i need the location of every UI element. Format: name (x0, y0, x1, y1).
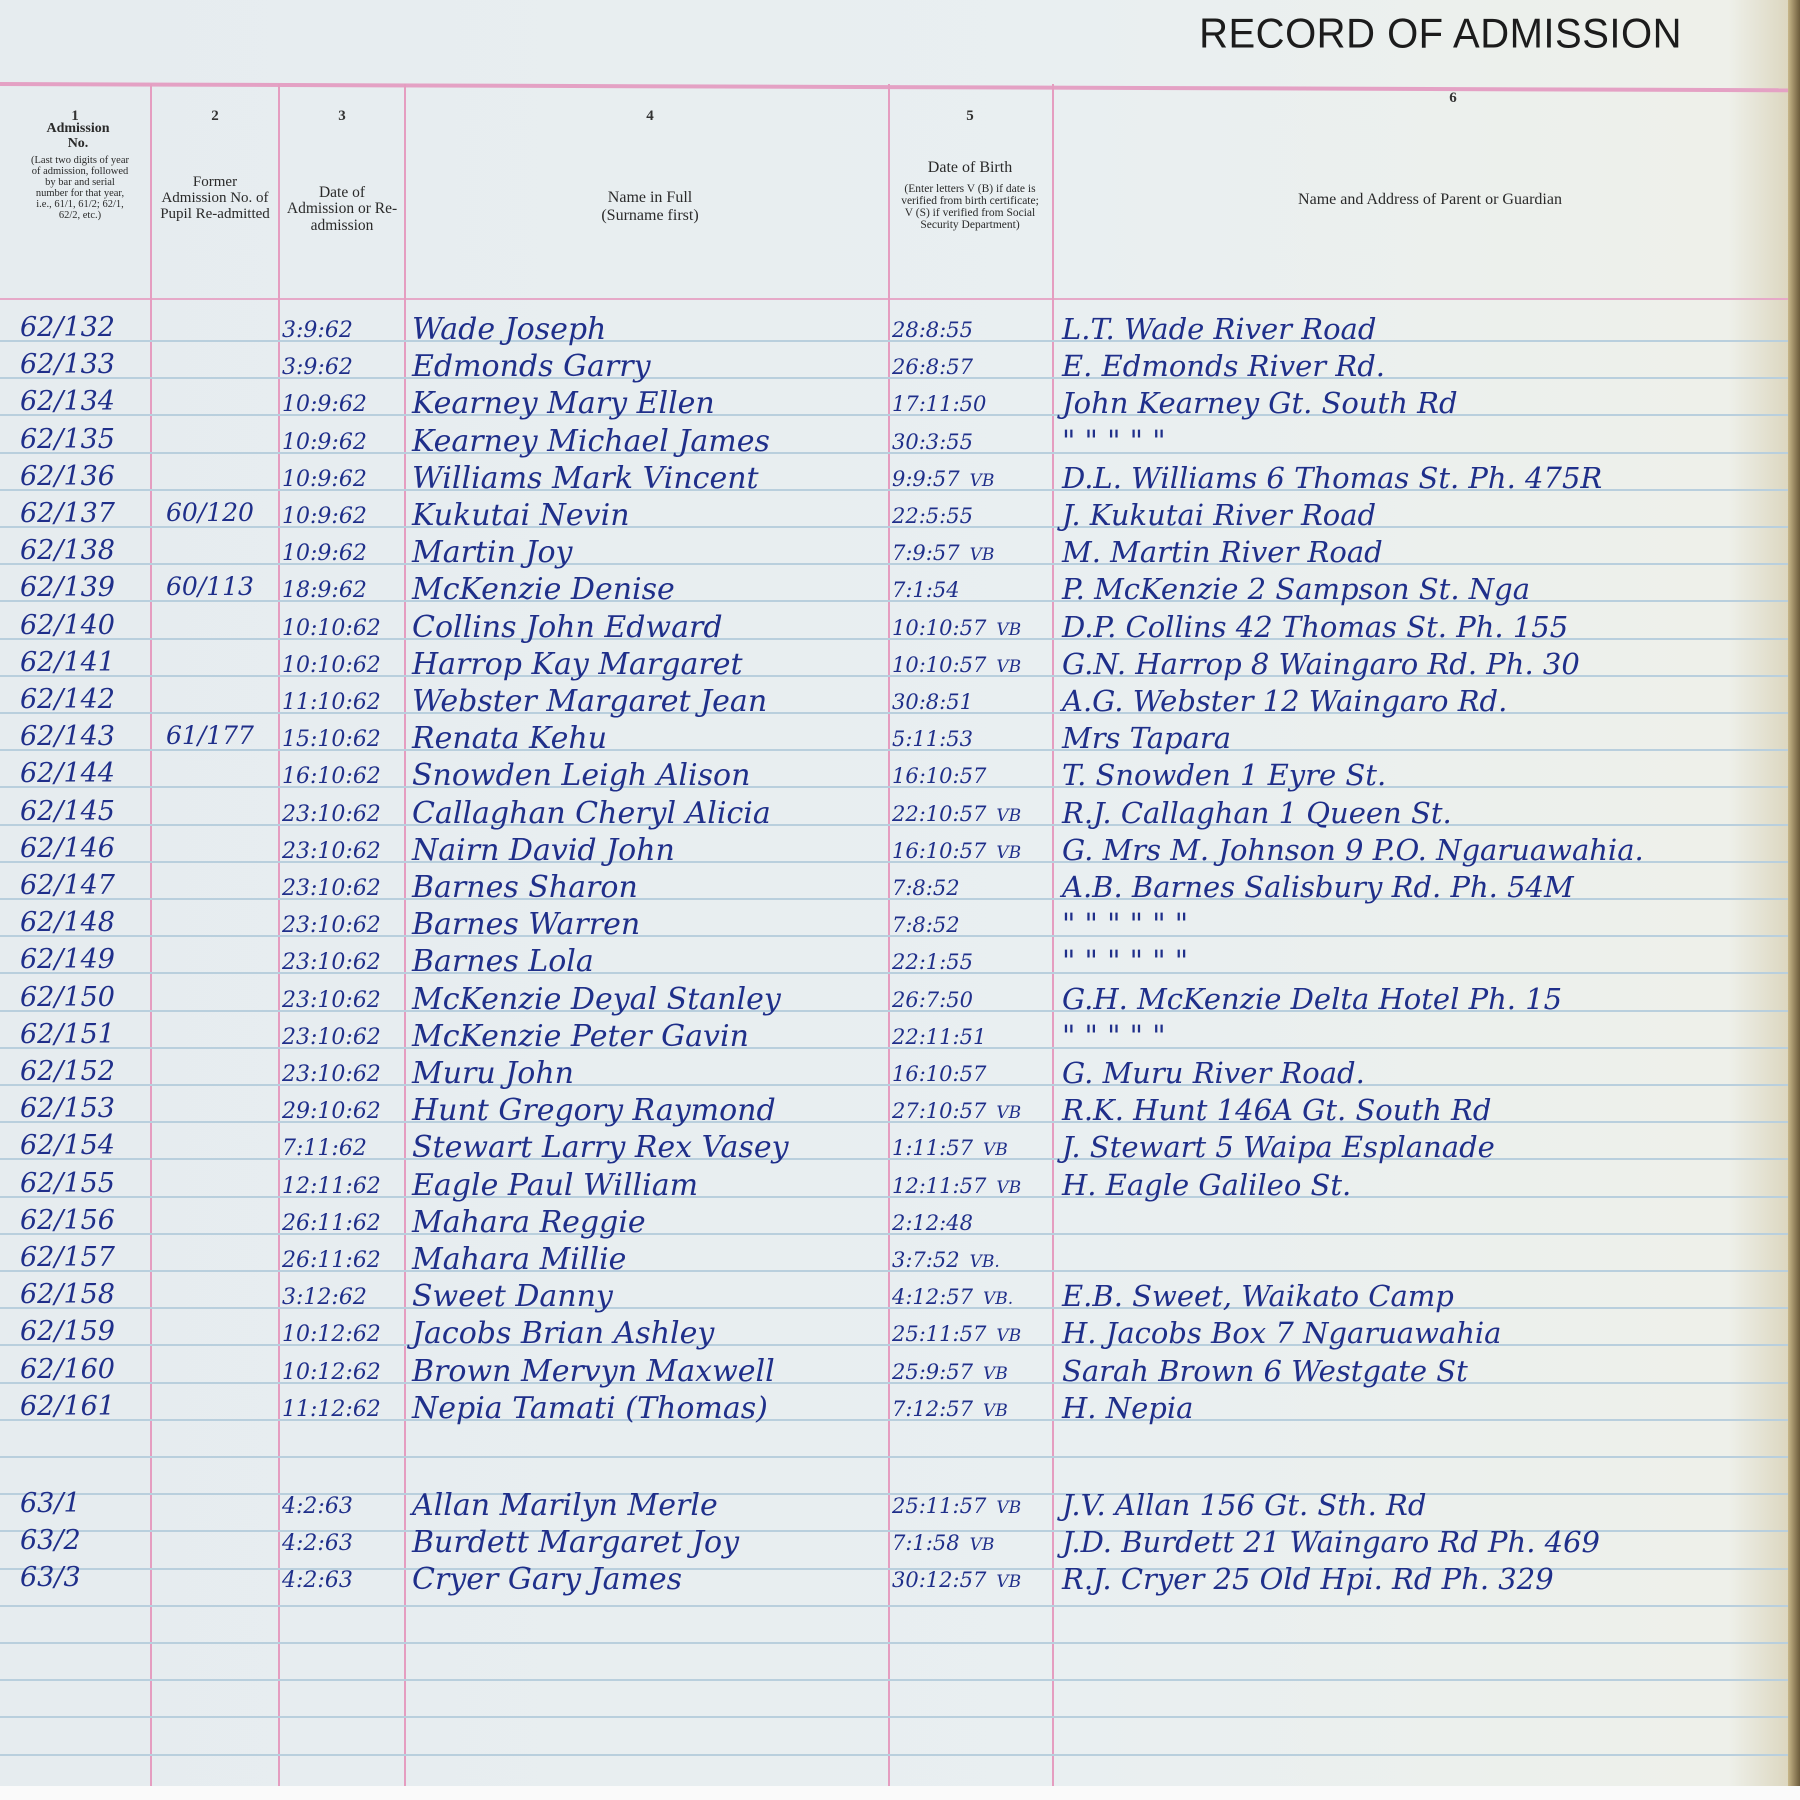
admission-date: 3:9:62 (282, 318, 353, 343)
verified-birth-mark: VB (996, 620, 1021, 640)
admission-number: 63/1 (20, 1488, 81, 1519)
admission-number: 62/137 (20, 498, 115, 529)
verified-birth-mark: VB. (970, 1252, 1000, 1272)
page-edge (0, 1786, 1800, 1800)
verified-birth-mark: VB (996, 1103, 1021, 1123)
admission-number: 62/143 (20, 721, 115, 752)
date-of-birth: 16:10:57VB (892, 839, 1021, 863)
ruled-line (0, 1754, 1790, 1756)
former-admission-number: 61/177 (166, 721, 254, 750)
pupil-name: Renata Kehu (412, 721, 607, 756)
parent-guardian: G. Mrs M. Johnson 9 P.O. Ngaruawahia. (1062, 833, 1644, 867)
parent-guardian: H. Jacobs Box 7 Ngaruawahia (1062, 1316, 1501, 1350)
parent-guardian: J.V. Allan 156 Gt. Sth. Rd (1062, 1488, 1426, 1522)
admission-date: 10:9:62 (282, 504, 367, 529)
parent-guardian: Mrs Tapara (1062, 721, 1231, 755)
pupil-name: McKenzie Deyal Stanley (412, 982, 781, 1017)
pupil-name: Mahara Reggie (412, 1205, 646, 1240)
parent-guardian: G.N. Harrop 8 Waingaro Rd. Ph. 30 (1062, 647, 1580, 681)
date-of-birth: 7:1:54 (892, 578, 970, 602)
admission-number: 62/146 (20, 833, 115, 864)
date-of-birth: 3:7:52VB. (892, 1248, 1000, 1272)
date-of-birth: 30:8:51 (892, 690, 983, 714)
parent-guardian: G. Muru River Road. (1062, 1056, 1365, 1090)
admission-date: 16:10:62 (282, 764, 381, 789)
parent-guardian: " " " " " (1062, 424, 1166, 458)
pupil-name: Harrop Kay Margaret (412, 647, 743, 682)
admission-date: 10:9:62 (282, 467, 367, 492)
verified-birth-mark: VB (996, 806, 1021, 826)
admission-date: 18:9:62 (282, 578, 367, 603)
date-of-birth: 16:10:57 (892, 1062, 996, 1086)
verified-birth-mark: VB (983, 1401, 1008, 1421)
pupil-name: Nairn David John (412, 833, 675, 868)
admission-number: 62/144 (20, 758, 115, 789)
pupil-name: Collins John Edward (412, 610, 723, 645)
ruled-line (0, 1716, 1790, 1718)
date-of-birth: 12:11:57VB (892, 1174, 1021, 1198)
admission-date: 23:10:62 (282, 1025, 381, 1050)
date-of-birth: 4:12:57VB. (892, 1285, 1013, 1309)
admission-date: 26:11:62 (282, 1211, 381, 1236)
ledger-page: RECORD OF ADMISSION 1 Admission No. (Las… (0, 0, 1800, 1800)
admission-number: 62/135 (20, 424, 115, 455)
admission-number: 62/156 (20, 1205, 115, 1236)
pupil-name: McKenzie Peter Gavin (412, 1019, 749, 1054)
date-of-birth: 7:12:57VB (892, 1397, 1008, 1421)
date-of-birth: 25:9:57VB (892, 1360, 1008, 1384)
pupil-name: Williams Mark Vincent (412, 461, 759, 496)
admission-number: 62/150 (20, 982, 115, 1013)
admission-date: 10:9:62 (282, 541, 367, 566)
date-of-birth: 25:11:57VB (892, 1322, 1021, 1346)
pupil-name: Allan Marilyn Merle (412, 1488, 718, 1523)
admission-number: 62/158 (20, 1279, 115, 1310)
parent-guardian: H. Eagle Galileo St. (1062, 1168, 1351, 1202)
verified-birth-mark: VB (996, 1326, 1021, 1346)
admission-number: 62/152 (20, 1056, 115, 1087)
date-of-birth: 26:8:57 (892, 355, 983, 379)
pupil-name: Hunt Gregory Raymond (412, 1093, 776, 1128)
admission-number: 62/154 (20, 1130, 115, 1161)
pupil-name: Snowden Leigh Alison (412, 758, 750, 793)
parent-guardian: " " " " " " (1062, 944, 1188, 978)
admission-number: 63/2 (20, 1525, 81, 1556)
parent-guardian: P. McKenzie 2 Sampson St. Nga (1062, 572, 1530, 606)
admission-date: 10:10:62 (282, 653, 381, 678)
parent-guardian: D.P. Collins 42 Thomas St. Ph. 155 (1062, 610, 1568, 644)
admission-number: 62/157 (20, 1242, 115, 1273)
date-of-birth: 26:7:50 (892, 988, 983, 1012)
date-of-birth: 22:1:55 (892, 950, 983, 974)
date-of-birth: 17:11:50 (892, 392, 996, 416)
admission-date: 23:10:62 (282, 1062, 381, 1087)
pupil-name: Barnes Lola (412, 944, 594, 979)
parent-guardian: D.L. Williams 6 Thomas St. Ph. 475R (1062, 461, 1602, 495)
pupil-name: Barnes Warren (412, 907, 640, 942)
admission-date: 10:12:62 (282, 1322, 381, 1347)
verified-birth-mark: VB (970, 545, 995, 565)
parent-guardian: E. Edmonds River Rd. (1062, 349, 1385, 383)
verified-birth-mark: VB (996, 843, 1021, 863)
former-admission-number: 60/120 (166, 498, 254, 527)
parent-guardian: E.B. Sweet, Waikato Camp (1062, 1279, 1454, 1313)
verified-birth-mark: VB (996, 1178, 1021, 1198)
admission-date: 11:12:62 (282, 1397, 381, 1422)
date-of-birth: 7:1:58VB (892, 1531, 994, 1555)
ruled-line (0, 1605, 1790, 1607)
date-of-birth: 10:10:57VB (892, 616, 1021, 640)
parent-guardian: T. Snowden 1 Eyre St. (1062, 758, 1386, 792)
pupil-name: Cryer Gary James (412, 1562, 682, 1597)
admission-number: 62/155 (20, 1168, 115, 1199)
admission-number: 62/160 (20, 1354, 115, 1385)
parent-guardian: J. Kukutai River Road (1062, 498, 1376, 532)
admission-date: 4:2:63 (282, 1531, 353, 1556)
pupil-name: Edmonds Garry (412, 349, 651, 384)
verified-birth-mark: VB (970, 1535, 995, 1555)
pupil-name: Mahara Millie (412, 1242, 626, 1277)
verified-birth-mark: VB (996, 1572, 1021, 1592)
pupil-name: Kukutai Nevin (412, 498, 630, 533)
parent-guardian: M. Martin River Road (1062, 535, 1383, 569)
verified-birth-mark: VB (970, 471, 995, 491)
parent-guardian: J. Stewart 5 Waipa Esplanade (1062, 1130, 1495, 1164)
admission-number: 62/145 (20, 796, 115, 827)
admission-number: 62/153 (20, 1093, 115, 1124)
admission-date: 7:11:62 (282, 1136, 367, 1161)
pupil-name: Kearney Michael James (412, 424, 770, 459)
admission-date: 29:10:62 (282, 1099, 381, 1124)
parent-guardian: R.J. Cryer 25 Old Hpi. Rd Ph. 329 (1062, 1562, 1554, 1596)
admission-number: 62/148 (20, 907, 115, 938)
date-of-birth: 22:11:51 (892, 1025, 996, 1049)
admission-date: 23:10:62 (282, 876, 381, 901)
pupil-name: Barnes Sharon (412, 870, 638, 905)
admission-date: 4:2:63 (282, 1568, 353, 1593)
pupil-name: Nepia Tamati (Thomas) (412, 1391, 768, 1426)
admission-number: 62/140 (20, 610, 115, 641)
date-of-birth: 5:11:53 (892, 727, 983, 751)
parent-guardian: H. Nepia (1062, 1391, 1193, 1425)
date-of-birth: 16:10:57 (892, 764, 996, 788)
admission-date: 23:10:62 (282, 988, 381, 1013)
admission-number: 62/134 (20, 386, 115, 417)
admission-number: 62/139 (20, 572, 115, 603)
pupil-name: Martin Joy (412, 535, 573, 570)
admission-date: 10:10:62 (282, 616, 381, 641)
pupil-name: Webster Margaret Jean (412, 684, 767, 719)
date-of-birth: 30:12:57VB (892, 1568, 1021, 1592)
admission-number: 62/142 (20, 684, 115, 715)
pupil-name: Jacobs Brian Ashley (412, 1316, 714, 1351)
admission-date: 11:10:62 (282, 690, 381, 715)
header-bottom-rule (0, 298, 1790, 300)
verified-birth-mark: VB (983, 1140, 1008, 1160)
parent-guardian: G.H. McKenzie Delta Hotel Ph. 15 (1062, 982, 1562, 1016)
pupil-name: Wade Joseph (412, 312, 606, 347)
parent-guardian: John Kearney Gt. South Rd (1062, 386, 1458, 420)
verified-birth-mark: VB (996, 657, 1021, 677)
pupil-name: McKenzie Denise (412, 572, 675, 607)
pupil-name: Muru John (412, 1056, 574, 1091)
admission-number: 63/3 (20, 1562, 81, 1593)
book-spine (1788, 0, 1800, 1800)
date-of-birth: 25:11:57VB (892, 1494, 1021, 1518)
parent-guardian: " " " " " " (1062, 907, 1188, 941)
admission-date: 10:9:62 (282, 392, 367, 417)
date-of-birth: 7:8:52 (892, 913, 970, 937)
parent-guardian: Sarah Brown 6 Westgate St (1062, 1354, 1468, 1388)
page-title: RECORD OF ADMISSION (1199, 11, 1682, 58)
date-of-birth: 2:12:48 (892, 1211, 983, 1235)
pupil-name: Callaghan Cheryl Alicia (412, 796, 771, 831)
parent-guardian: A.B. Barnes Salisbury Rd. Ph. 54M (1062, 870, 1574, 904)
verified-birth-mark: VB (996, 1498, 1021, 1518)
admission-date: 10:12:62 (282, 1360, 381, 1385)
pupil-name: Sweet Danny (412, 1279, 613, 1314)
former-admission-number: 60/113 (166, 572, 254, 601)
admission-number: 62/133 (20, 349, 115, 380)
verified-birth-mark: VB (983, 1364, 1008, 1384)
admission-date: 4:2:63 (282, 1494, 353, 1519)
parent-guardian: R.J. Callaghan 1 Queen St. (1062, 796, 1452, 830)
pupil-name: Stewart Larry Rex Vasey (412, 1130, 789, 1165)
date-of-birth: 1:11:57VB (892, 1136, 1008, 1160)
admission-number: 62/132 (20, 312, 115, 343)
admission-date: 15:10:62 (282, 727, 381, 752)
verified-birth-mark: VB. (983, 1289, 1013, 1309)
admission-date: 10:9:62 (282, 430, 367, 455)
ruled-line (0, 1679, 1790, 1681)
date-of-birth: 22:10:57VB (892, 802, 1021, 826)
admission-date: 23:10:62 (282, 950, 381, 975)
admission-date: 23:10:62 (282, 913, 381, 938)
admission-number: 62/151 (20, 1019, 115, 1050)
pupil-name: Eagle Paul William (412, 1168, 698, 1203)
date-of-birth: 9:9:57VB (892, 467, 994, 491)
admission-date: 3:9:62 (282, 355, 353, 380)
ruled-line (0, 1642, 1790, 1644)
parent-guardian: J.D. Burdett 21 Waingaro Rd Ph. 469 (1062, 1525, 1600, 1559)
admission-date: 3:12:62 (282, 1285, 367, 1310)
date-of-birth: 30:3:55 (892, 430, 983, 454)
pupil-name: Kearney Mary Ellen (412, 386, 715, 421)
parent-guardian: A.G. Webster 12 Waingaro Rd. (1062, 684, 1507, 718)
admission-number: 62/141 (20, 647, 115, 678)
ruled-line (0, 1456, 1790, 1458)
admission-date: 23:10:62 (282, 839, 381, 864)
admission-date: 23:10:62 (282, 802, 381, 827)
parent-guardian: L.T. Wade River Road (1062, 312, 1376, 346)
date-of-birth: 7:8:52 (892, 876, 970, 900)
admission-number: 62/138 (20, 535, 115, 566)
date-of-birth: 7:9:57VB (892, 541, 994, 565)
admission-number: 62/136 (20, 461, 115, 492)
pupil-name: Burdett Margaret Joy (412, 1525, 739, 1560)
date-of-birth: 10:10:57VB (892, 653, 1021, 677)
date-of-birth: 27:10:57VB (892, 1099, 1021, 1123)
date-of-birth: 28:8:55 (892, 318, 983, 342)
admission-date: 26:11:62 (282, 1248, 381, 1273)
parent-guardian: " " " " " (1062, 1019, 1166, 1053)
admission-date: 12:11:62 (282, 1174, 381, 1199)
admission-number: 62/149 (20, 944, 115, 975)
pupil-name: Brown Mervyn Maxwell (412, 1354, 775, 1389)
admission-number: 62/161 (20, 1391, 115, 1422)
date-of-birth: 22:5:55 (892, 504, 983, 528)
admission-number: 62/159 (20, 1316, 115, 1347)
admission-number: 62/147 (20, 870, 115, 901)
header-rule (0, 82, 1790, 92)
parent-guardian: R.K. Hunt 146A Gt. South Rd (1062, 1093, 1491, 1127)
